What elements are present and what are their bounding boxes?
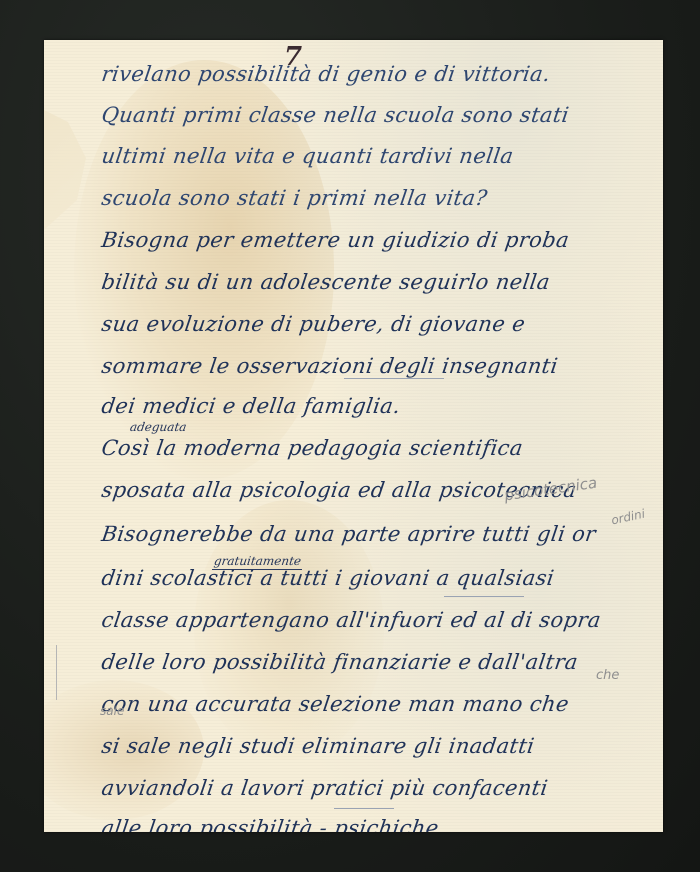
manuscript-page: 7 rivelano possibilità di genio e di vit… [44, 40, 663, 832]
text-line-10: Così la moderna pedagogia scientifica [100, 436, 525, 460]
text-line-19: alle loro possibilità - psichiche [100, 816, 440, 832]
text-line-8: sommare le osservazioni degli insegnanti [100, 354, 560, 378]
text-line-4: scuola sono stati i primi nella vita? [100, 186, 489, 210]
text-line-5: Bisogna per emettere un giudizio di prob… [100, 228, 571, 252]
underline-pubere [344, 378, 444, 379]
text-line-1: rivelano possibilità di genio e di vitto… [100, 62, 552, 86]
text-line-2: Quanti primi classe nella scuola sono st… [100, 103, 571, 127]
text-line-12: Bisognerebbe da una parte aprire tutti g… [100, 522, 598, 546]
text-line-17: si sale negli studi eliminare gli inadat… [100, 734, 536, 758]
text-line-14: classe appartengano all'infuori ed al di… [100, 608, 603, 632]
text-line-16: con una accurata selezione man mano che [100, 692, 571, 716]
pencil-margin-stroke [56, 645, 57, 700]
pencil-note-sale: sale [100, 704, 124, 718]
text-line-6: bilità su di un adolescente seguirlo nel… [100, 270, 552, 294]
text-line-9: dei medici e della famiglia. [100, 394, 402, 418]
handwritten-text-block: rivelano possibilità di genio e di vitto… [44, 40, 663, 832]
text-line-15: delle loro possibilità finanziarie e dal… [100, 650, 580, 674]
insertion-adeguata: adeguata [129, 420, 187, 434]
underline-tutti [444, 596, 524, 597]
text-line-13: dini scolastici a tutti i giovani a qual… [100, 566, 556, 590]
text-line-7: sua evoluzione di pubere, di giovane e [100, 312, 527, 336]
underline-pratici [334, 808, 394, 809]
pencil-note-che: che [596, 668, 619, 683]
text-line-3: ultimi nella vita e quanti tardivi nella [100, 144, 515, 168]
text-line-18: avviandoli a lavori pratici più confacen… [100, 776, 550, 800]
